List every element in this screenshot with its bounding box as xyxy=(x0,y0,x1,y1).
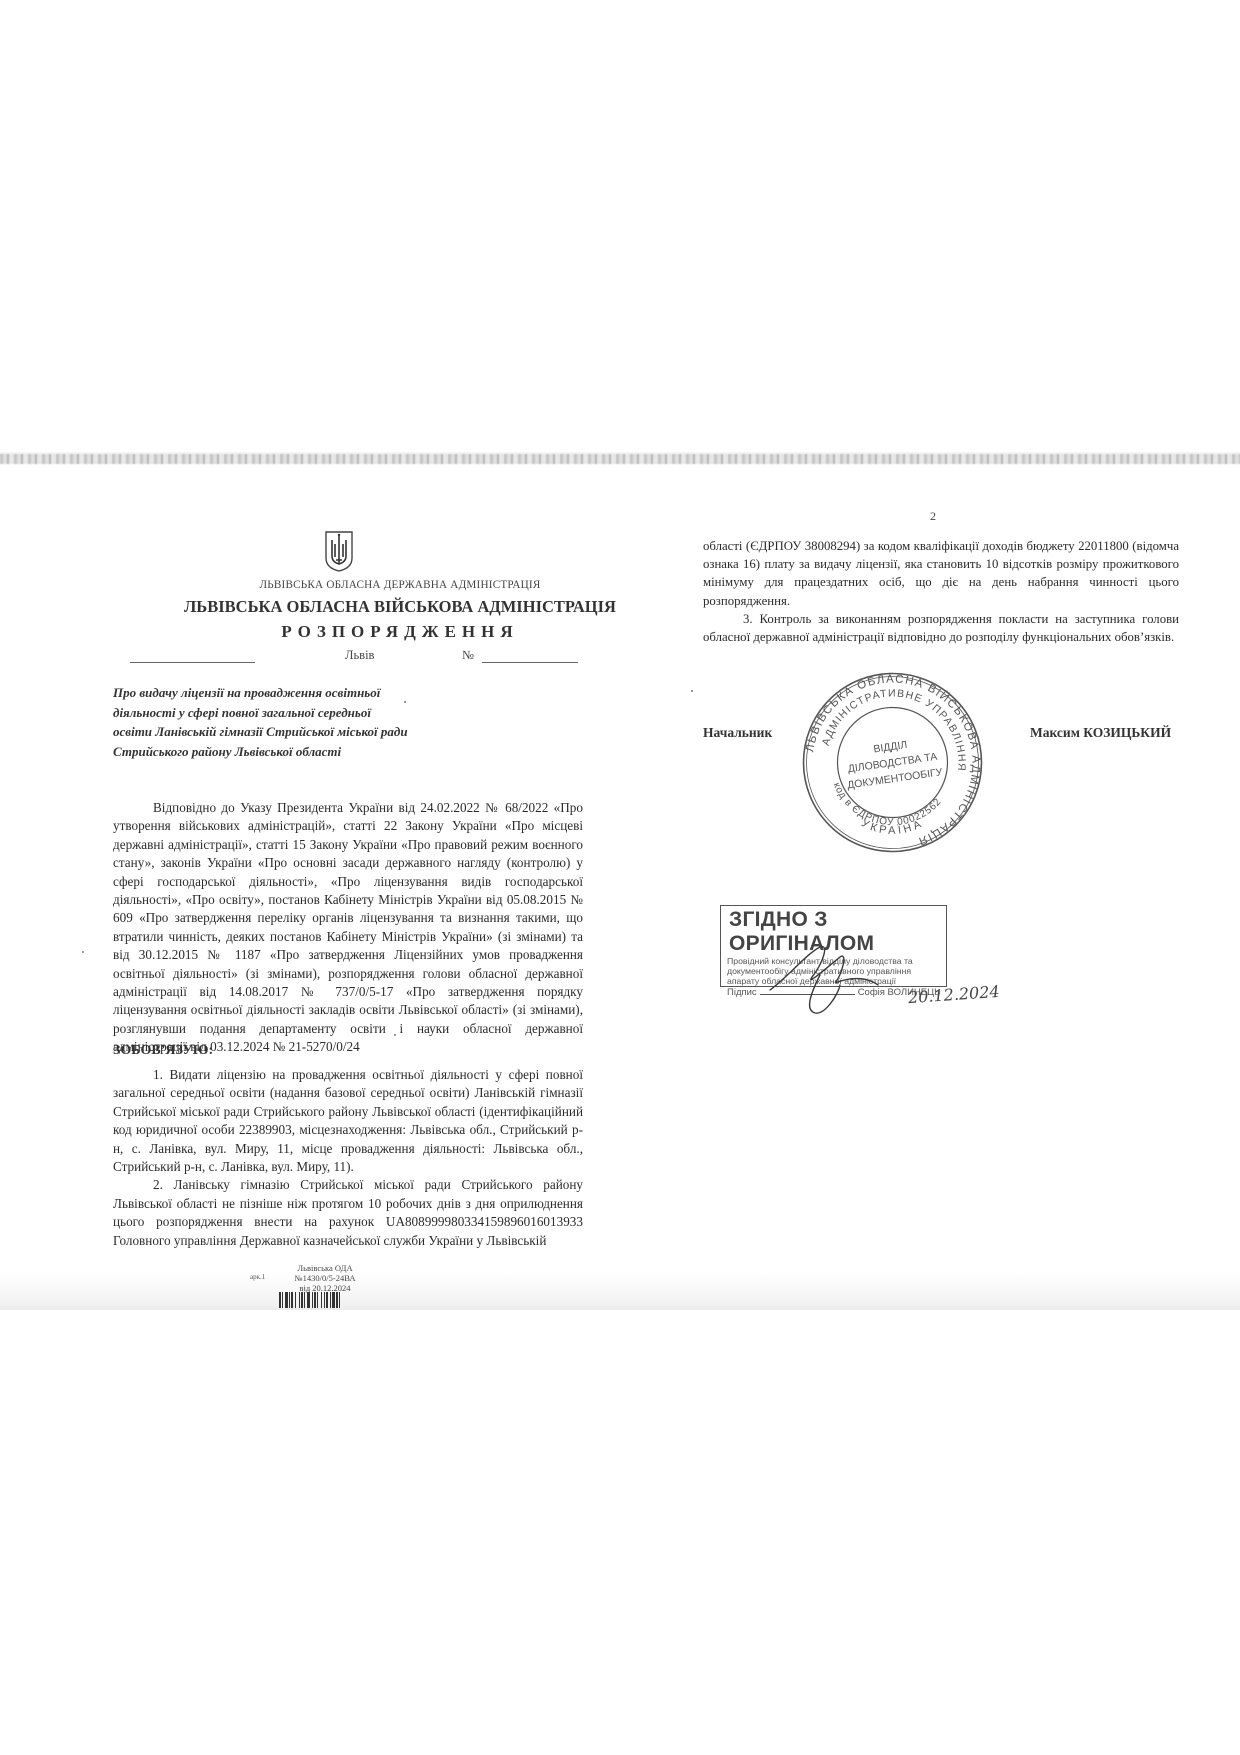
scan-edge-shadow xyxy=(0,454,1240,464)
registration-sheet-label: арк.1 xyxy=(250,1273,265,1281)
number-label: № xyxy=(462,648,474,663)
page-number: 2 xyxy=(930,509,936,524)
subject-line: діяльності у сфері повної загальної сере… xyxy=(113,703,443,723)
item-3: 3. Контроль за виконанням розпорядження … xyxy=(703,610,1179,646)
scan-speck xyxy=(394,1034,396,1036)
signature-label: Підпис xyxy=(727,987,757,998)
signer-title: Начальник xyxy=(703,725,772,741)
scan-speck xyxy=(82,951,84,953)
handwritten-signature xyxy=(760,935,890,1015)
directive-heading: ЗОБОВ’ЯЗУЮ: xyxy=(113,1043,213,1059)
signer-name: Максим КОЗИЦЬКИЙ xyxy=(1030,725,1171,741)
document-type-title: РОЗПОРЯДЖЕННЯ xyxy=(200,622,600,642)
city-label: Львів xyxy=(345,648,374,663)
item-2-part-2: області (ЄДРПОУ 38008294) за кодом квалі… xyxy=(703,537,1179,610)
round-seal-stamp: ЛЬВІВСЬКА ОБЛАСНА ВІЙСЬКОВА АДМІНІСТРАЦІ… xyxy=(800,670,985,855)
date-blank-line xyxy=(130,662,255,663)
document-subject: Про видачу ліцензії на провадження освіт… xyxy=(113,683,443,761)
registration-number: №1430/0/5-24ВА xyxy=(245,1273,405,1283)
subject-line: Стрийського району Львівської області xyxy=(113,742,443,762)
oda-name: ЛЬВІВСЬКА ОБЛАСНА ДЕРЖАВНА АДМІНІСТРАЦІЯ xyxy=(200,579,600,591)
directive-items: 1. Видати ліцензію на провадження освітн… xyxy=(113,1066,583,1250)
subject-line: Про видачу ліцензії на провадження освіт… xyxy=(113,683,443,703)
scan-speck xyxy=(691,690,693,692)
barcode xyxy=(279,1292,402,1308)
seal-center-line: ВІДДІЛ xyxy=(873,739,908,756)
item-1: 1. Видати ліцензію на провадження освітн… xyxy=(113,1066,583,1176)
subject-line: освіти Ланівській гімназії Стрийської мі… xyxy=(113,722,443,742)
item-2-part-1: 2. Ланівську гімназію Стрийської міської… xyxy=(113,1176,583,1250)
scan-speck xyxy=(404,701,406,703)
registration-org: Львівська ОДА xyxy=(245,1263,405,1273)
ova-name: ЛЬВІВСЬКА ОБЛАСНА ВІЙСЬКОВА АДМІНІСТРАЦІ… xyxy=(150,597,650,617)
registration-stamp: Львівська ОДА №1430/0/5-24ВА від 20.12.2… xyxy=(245,1263,405,1293)
page-2-body: області (ЄДРПОУ 38008294) за кодом квалі… xyxy=(703,537,1179,646)
number-blank-line xyxy=(482,662,578,663)
trident-coat-of-arms-icon xyxy=(324,530,354,572)
preamble-paragraph: Відповідно до Указу Президента України в… xyxy=(113,799,583,1057)
